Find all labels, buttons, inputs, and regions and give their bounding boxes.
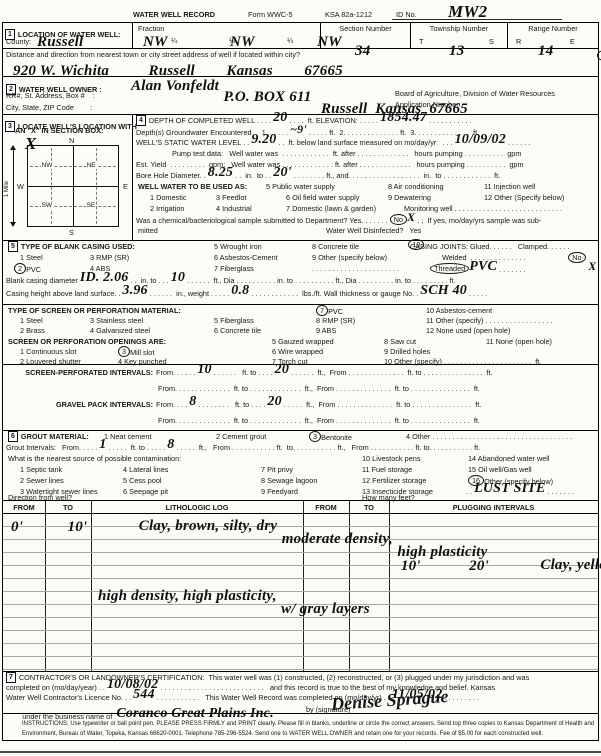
interval-rest: . . . . . . ft., From . . . . . . . . . … [289, 368, 493, 377]
licence-no-label: Water Well Contractor's Licence No. . . [6, 693, 133, 702]
screen-option: 6 Concrete tile [214, 326, 261, 335]
bentonite-label: Bentonite [321, 433, 352, 442]
form-title: WATER WELL RECORD [133, 10, 215, 19]
table-ruled-row [3, 579, 598, 592]
section-6-grout: 6GROUT MATERIAL: 1 Neat cement 2 Cement … [3, 431, 598, 501]
casing-option: 8 Concrete tile [312, 242, 359, 251]
quarter-1: ¼ [171, 36, 177, 45]
compass-n: N [69, 136, 74, 145]
threaded-value-handwritten: PVC [469, 263, 497, 271]
log-entry-1-to: 10' [68, 523, 88, 531]
disinfected-label: Water Well Disinfected? Yes [326, 226, 421, 235]
contamination-option: 7 Pit privy [261, 465, 293, 474]
instructions-line-2: Environment, Bureau of Water, Topeka, Ka… [6, 728, 596, 739]
gravel-to-handwritten: 20 [267, 398, 281, 406]
grout-title-row: 6GROUT MATERIAL: 1 Neat cement 2 Cement … [6, 432, 596, 443]
casing-option: 5 Wrought iron [214, 242, 262, 251]
chem-sample-question: Was a chemical/bacteriological sample su… [136, 216, 390, 225]
bore-mid: . . in. to . . [233, 171, 273, 180]
completed-on-label: completed on (mo/day/year) . . [6, 683, 107, 692]
use-option: 8 Air conditioning [388, 182, 444, 191]
table-ruled-row [3, 566, 598, 579]
interval-blank: From. . . . . . . . . . . . . . ft. to .… [158, 416, 480, 425]
compass-w: W [17, 182, 24, 191]
log-entry-1-desc-line-1: Clay, brown, silty, dry [139, 522, 278, 530]
contamination-option: 12 Fertilizer storage [362, 476, 426, 485]
one-mile-label: 1 Mile [4, 181, 10, 197]
screen-option: 2 Brass [20, 326, 45, 335]
table-ruled-row [3, 553, 598, 566]
interval-to: . . . . . . . . ft. to . . . . [196, 400, 267, 409]
casing-row-1: 1 Steel 3 RMP (SR) 6 Asbestos-Cement 9 O… [6, 253, 596, 264]
compass-e: E [123, 182, 128, 191]
section-6-title: GROUT MATERIAL: [21, 432, 89, 441]
county-value-handwritten: Russell [37, 38, 83, 46]
col-header-lithologic-log: LITHOLOGIC LOG [91, 503, 303, 512]
section-7-certification: 7CONTRACTOR'S OR LANDOWNER'S CERTIFICATI… [3, 672, 598, 714]
owner-address-label: RR#, St. Address, Box # : [6, 91, 95, 100]
section-5-number: 5 [8, 241, 18, 252]
log-entry-2-from: 10' [401, 562, 421, 570]
swl-trailing-dots: . . . . . . [506, 138, 530, 147]
section-2-owner: 2WATER WELL OWNER : Alan Vonfeldt RR#, S… [3, 77, 598, 115]
pvc-circled-number: 2 [14, 263, 26, 274]
quadrant-sw-label: SW [41, 202, 53, 209]
screen-to-handwritten: 20 [275, 366, 289, 374]
contamination-option: 1 Septic tank [20, 465, 62, 474]
casing-height-label: Casing height above land surface. . [6, 289, 122, 298]
casing-option: 7 Fiberglass [214, 264, 254, 273]
gauge-dots: . . . . . [467, 289, 487, 298]
table-ruled-row [3, 618, 598, 631]
use-option: 7 Domestic (lawn & garden) [286, 204, 376, 213]
application-number-label: Application Number: [395, 100, 461, 109]
arrow-down [10, 222, 16, 227]
grout-option: 2 Cement grout [216, 432, 266, 441]
compass-s: S [69, 228, 74, 237]
col-header-to-2: TO [349, 503, 389, 512]
screen-option: 10 Asbestos-cement [426, 306, 492, 315]
chem-mitted: mitted [138, 226, 158, 235]
threaded-dots: . . . . . . . [497, 265, 525, 274]
use-row-2: 2 Irrigation 4 Industrial 7 Domestic (la… [136, 204, 596, 215]
casing-joints-label: CASING JOINTS: Glued. . . . . . Clamped.… [410, 242, 569, 251]
col-header-to: TO [45, 503, 91, 512]
screen-pvc-label: PVC [328, 307, 343, 316]
opening-option: 5 Gauzed wrapped [272, 337, 334, 346]
arrow-bar [13, 150, 14, 222]
contamination-option: 15 Oil well/Gas well [468, 465, 532, 474]
section-number-cell: Section Number 34 [321, 23, 411, 48]
grout-rest: . . . . . ft., From . . . . . . . . . . … [175, 443, 481, 452]
screen-option: 3 Stainless steel [90, 316, 143, 325]
use-option: 6 Oil field water supply [286, 193, 359, 202]
screen-intervals-label: SCREEN-PERFORATED INTERVALS: [6, 368, 156, 377]
bore-hole-label: Bore Hole Diameter. . [136, 171, 208, 180]
static-water-level-line: WELL'S STATIC WATER LEVEL . . 9.20 . . f… [136, 138, 596, 149]
opening-option: 9 Drilled holes [384, 347, 430, 356]
quadrant-nw-label: NW [41, 162, 54, 169]
range-r: R [516, 37, 521, 46]
screen-option: 8 RMP (SR) [316, 316, 355, 325]
interval-from: From. . . . . . [156, 368, 197, 377]
mill-slot-circled-number: 3 [118, 346, 130, 357]
screen-option: 1 Steel [20, 316, 43, 325]
casing-option: 3 RMP (SR) [90, 253, 129, 262]
dashed-line [51, 148, 52, 224]
section-6-number: 6 [8, 431, 18, 442]
use-option: 5 Public water supply [266, 182, 335, 191]
chem-no-circled: No [390, 214, 407, 225]
use-option: 11 Injection well [484, 182, 535, 191]
est-yield-line: Est. Yield . . . . . . . . . gpm: Well w… [136, 160, 596, 171]
gravel-from-handwritten: 8 [189, 398, 196, 406]
log-entry-2-desc-line-3: w/ gray layers [281, 605, 370, 613]
quadrant-ne-label: NE [86, 162, 97, 169]
contamination-option: 10 Livestock pens [362, 454, 420, 463]
contamination-option: 5 Cess pool [123, 476, 162, 485]
log-entry-2-to: 20' [469, 562, 489, 570]
chem-x-handwritten: X [407, 213, 415, 221]
form-number: Form WWC-5 [248, 10, 293, 19]
interval-blank: From. . . . . . . . . . . . . . ft. to .… [158, 384, 480, 393]
township-cell: Township Number T 13 S [411, 23, 508, 48]
use-title: WELL WATER TO BE USED AS: [138, 182, 247, 191]
screen-option: 4 Galvanized steel [90, 326, 150, 335]
contamination-option: 4 Lateral lines [123, 465, 168, 474]
address-row: Distance and direction from nearest town… [3, 49, 598, 77]
quadrant-se-label: SE [86, 202, 97, 209]
form-header: WATER WELL RECORD Form WWC-5 KSA 82a-121… [0, 0, 601, 22]
section-4-well-data: 4DEPTH OF COMPLETED WELL . . . . 20 . . … [133, 115, 598, 240]
swl-date-handwritten: 10/09/02 [455, 136, 506, 144]
swl-measured-label: . . ft. below land surface measured on m… [277, 138, 455, 147]
casing-diameter-label: Blank casing diameter [6, 276, 80, 285]
scan-edge-line [0, 751, 601, 753]
section-5-title: TYPE OF BLANK CASING USED: [21, 242, 135, 251]
township-s: S [489, 37, 494, 46]
chem-sample-line: Was a chemical/bacteriological sample su… [136, 215, 596, 226]
casing-option: 6 Asbestos-Cement [214, 253, 278, 262]
county-label: County: [6, 37, 31, 46]
threaded-selected: ThreadedPVC . . . . . . . [430, 264, 525, 275]
section-3-4-row: 3LOCATE WELL'S LOCATION WITH AN "X" IN S… [3, 115, 598, 241]
section-box-diagram: NW NE SW SE X [27, 145, 119, 227]
screen-option: 12 None used (open hole) [426, 326, 510, 335]
contamination-question-row: What is the nearest source of possible c… [6, 454, 596, 465]
est-yield-label: Est. Yield . . . . . . . . . gpm: Well w… [136, 160, 524, 169]
casing-other-dots: . . . . . . . . . . . . . . . . . . . . … [312, 264, 399, 273]
casing-id-handwritten: ID. 2.06 [80, 274, 129, 282]
contamination-option: 2 Sewer lines [20, 476, 64, 485]
log-entry-1-desc-line-3: high plasticity [397, 548, 487, 556]
form-body: 1LOCATION OF WATER WELL: County: Russell… [2, 22, 599, 741]
casing-diameter-line: Blank casing diameter ID. 2.06 . . in. t… [6, 276, 596, 287]
section-4-number: 4 [136, 115, 146, 126]
owner-name-handwritten: Alan Vonfeldt [131, 82, 219, 90]
depth-trailing-dots: . . . . . . . . . . . [427, 116, 472, 125]
depth-value-handwritten: 20 [273, 114, 287, 122]
contamination-question: What is the nearest source of possible c… [8, 454, 181, 463]
weight-label: . . . . . . in., weight . . . . . [148, 289, 232, 298]
well-id-handwritten: MW2 [448, 8, 487, 16]
table-ruled-row [3, 657, 598, 670]
section-1-location: 1LOCATION OF WATER WELL: County: Russell… [3, 23, 598, 49]
opening-option: 8 Saw cut [384, 337, 416, 346]
quarter-3: ¼ [287, 36, 293, 45]
lithologic-log-table: FROM TO LITHOLOGIC LOG FROM TO PLUGGING … [3, 501, 598, 672]
screen-option: 9 ABS [316, 326, 336, 335]
address-handwritten: 920 W. Wichita Russell Kansas 67665 [13, 67, 343, 75]
threaded-circled: Threaded [430, 263, 469, 274]
pump-test-label: Pump test data: Well water was . . . . .… [172, 149, 521, 158]
use-title-row: WELL WATER TO BE USED AS: 5 Public water… [136, 182, 596, 193]
section-number-label: Section Number [321, 23, 410, 33]
opening-option: 6 Wire wrapped [272, 347, 323, 356]
pvc-selected: 2PVC [14, 264, 41, 275]
fraction-label: Fraction [138, 24, 164, 33]
fraction-nw1-handwritten: NW [143, 38, 168, 46]
owner-address-handwritten: P.O. BOX 611 [224, 93, 312, 101]
gauge-label: . . . . . . . . . . . . lbs./ft. Wall th… [249, 289, 420, 298]
screen-interval-line-2: From. . . . . . . . . . . . . . ft. to .… [6, 384, 596, 395]
section-3-number: 3 [5, 121, 15, 132]
swl-label: WELL'S STATIC WATER LEVEL . . [136, 138, 251, 147]
contamination-option: 11 Fuel storage [362, 465, 412, 474]
table-ruled-row [3, 514, 598, 527]
grout-intervals-label: Grout Intervals: From. . . . . [6, 443, 99, 452]
section-box-horizontal-line [28, 186, 118, 187]
bentonite-selected: 3Bentonite [309, 432, 352, 443]
grout-option: 4 Other . . . . . . . . . . . . . . . . … [406, 432, 572, 441]
interval-rest: . . . . . ft., From . . . . . . . . . . … [282, 400, 482, 409]
use-option: 3 Feedlot [216, 193, 246, 202]
log-entry-2-desc-line-2: high density, high plasticity, [98, 592, 277, 600]
pvc-label: PVC [26, 265, 41, 274]
distance-question: Distance and direction from nearest town… [6, 50, 300, 59]
col-header-from: FROM [3, 503, 45, 512]
swl-value-handwritten: 9.20 [251, 136, 276, 144]
opening-option: 11 None (open hole) [486, 337, 552, 346]
gravel-intervals-label: GRAVEL PACK INTERVALS: [6, 400, 156, 409]
contamination-option: 14 Abandoned water well [468, 454, 550, 463]
pump-test-line: Pump test data: Well water was . . . . .… [136, 149, 596, 160]
gauge-handwritten: SCH 40 [420, 287, 467, 295]
section-5-heading: 5TYPE OF BLANK CASING USED: [8, 242, 135, 253]
log-entry-2-desc-line-1: Clay, yellow, silty, dry [540, 561, 601, 569]
certification-line-4: under the business name of Coranco Great… [6, 703, 596, 714]
use-option: 2 Irrigation [150, 204, 184, 213]
grout-intervals-line: Grout Intervals: From. . . . . 1 . . . .… [6, 443, 596, 454]
bore-diameter-handwritten: 8.25 [208, 169, 233, 177]
dashed-line [96, 148, 97, 224]
section-5-casing: 5TYPE OF BLANK CASING USED: 5 Wrought ir… [3, 241, 598, 305]
screen-material-section: TYPE OF SCREEN OR PERFORATION MATERIAL: … [3, 305, 598, 365]
instructions-footer: INSTRUCTIONS: Use typewriter or ball poi… [3, 714, 598, 742]
range-label: Range Number [508, 23, 598, 33]
opening-option: 1 Continuous slot [20, 347, 76, 356]
chem-sample-rest: . ; If yes, mo/day/yrs sample was sub- [415, 216, 541, 225]
casing-height-handwritten: 3.96 [122, 287, 147, 295]
disinfected-line: mitted Water Well Disinfected? Yes No X [136, 226, 596, 237]
table-ruled-row [3, 644, 598, 657]
screen-title: TYPE OF SCREEN OR PERFORATION MATERIAL: [8, 306, 181, 315]
section-3-locate: 3LOCATE WELL'S LOCATION WITH AN "X" IN S… [3, 115, 133, 240]
gravel-interval-line-2: From. . . . . . . . . . . . . . ft. to .… [6, 416, 596, 427]
screen-interval-line-1: SCREEN-PERFORATED INTERVALS:From. . . . … [6, 368, 596, 379]
gravel-interval-line-1: GRAVEL PACK INTERVALS:From. . . . 8 . . … [6, 400, 596, 411]
id-number-line [392, 19, 562, 20]
casing-option: 9 Other (specify below) [312, 253, 387, 262]
log-entry-1-desc-line-2: moderate density, [282, 535, 393, 543]
well-x-mark-handwritten: X [25, 140, 37, 148]
depth-label: DEPTH OF COMPLETED WELL . . . . [149, 116, 273, 125]
use-row-1: 1 Domestic 3 Feedlot 6 Oil field water s… [136, 193, 596, 204]
section-7-number: 7 [6, 672, 16, 683]
bore-hole-line: Bore Hole Diameter. . 8.25 . . in. to . … [136, 171, 596, 182]
township-label: Township Number [411, 23, 507, 33]
table-header-row: FROM TO LITHOLOGIC LOG FROM TO PLUGGING … [3, 501, 598, 514]
section-6-heading: 6GROUT MATERIAL: [8, 432, 89, 443]
weight-handwritten: 0.8 [231, 287, 249, 295]
mill-slot-label: Mill slot [130, 348, 154, 357]
grout-from-handwritten: 1 [99, 441, 106, 449]
grout-mid: . . . . . ft. to . . . . . [106, 443, 167, 452]
screen-pvc-circled-number: 7 [316, 305, 328, 316]
elevation-value-handwritten: 1854.47 [380, 114, 427, 122]
interval-to: . . . . . . ft. to . . . . [212, 368, 275, 377]
use-option: 1 Domestic [150, 193, 187, 202]
casing-height-line: Casing height above land surface. . 3.96… [6, 289, 596, 300]
screen-option: 5 Fiberglass [214, 316, 254, 325]
screen-option: 11 Other (specify) . . . . . . . . . . .… [426, 316, 552, 325]
contamination-option: 8 Sewage lagoon [261, 476, 317, 485]
screen-row-2: 2 Brass 4 Galvanized steel 6 Concrete ti… [6, 326, 596, 337]
groundwater-line: Depth(s) Groundwater Encountered 1. . . … [136, 127, 596, 138]
grout-to-handwritten: 8 [167, 441, 174, 449]
instructions-text-1: INSTRUCTIONS: Use typewriter or ball poi… [22, 721, 594, 727]
table-ruled-row [3, 631, 598, 644]
licence-no-handwritten: 544 [133, 691, 155, 699]
county-cell: 1LOCATION OF WATER WELL: County: Russell [3, 23, 133, 48]
interval-from: From. . . . [156, 400, 189, 409]
bore-rest: . . . . . . . . ft., and. . . . . . . . … [292, 171, 500, 180]
col-header-from-2: FROM [303, 503, 349, 512]
openings-title: SCREEN OR PERFORATION OPENINGS ARE: [8, 337, 166, 346]
range-e: E [570, 37, 575, 46]
intervals-section: SCREEN-PERFORATED INTERVALS:From. . . . … [3, 365, 598, 431]
casing-option: 1 Steel [20, 253, 43, 262]
township-t: T [419, 37, 423, 46]
casing-depth-handwritten: 10 [171, 274, 185, 282]
screen-from-handwritten: 10 [197, 366, 211, 374]
certification-text-1: CONTRACTOR'S OR LANDOWNER'S CERTIFICATIO… [19, 673, 529, 682]
bentonite-circled-number: 3 [309, 431, 321, 442]
fraction-cell: Fraction NW ¼ NW ¼ NW ¼ [133, 23, 321, 48]
use-option: 4 Industrial [216, 204, 252, 213]
one-mile-arrow: 1 Mile [10, 145, 16, 227]
ksa-statute: KSA 82a-1212 [325, 10, 372, 19]
range-cell: Range Number R 14 E W [508, 23, 598, 48]
quarter-2: ¼ [229, 36, 235, 45]
board-of-agriculture-text: Board of Agriculture, Division of Water … [395, 89, 555, 98]
monitoring-well-label: Monitoring well . . . . . . . . . . . . … [404, 204, 562, 213]
instructions-text-2: Environment, Bureau of Water, Topeka, Ka… [22, 731, 543, 737]
casing-title-row: 5TYPE OF BLANK CASING USED: 5 Wrought ir… [6, 242, 596, 253]
use-option: 12 Other (Specify below) [484, 193, 564, 202]
water-well-record-form: WATER WELL RECORD Form WWC-5 KSA 82a-121… [0, 0, 601, 756]
col-header-plugging-intervals: PLUGGING INTERVALS [389, 503, 598, 512]
use-option: 9 Dewatering [388, 193, 431, 202]
depth-line: 4DEPTH OF COMPLETED WELL . . . . 20 . . … [136, 116, 596, 127]
id-number-label: ID No. [396, 10, 417, 19]
owner-city-label: City, State, ZIP Code : [6, 103, 92, 112]
groundwater-depth-handwritten: ~9' [290, 125, 307, 133]
groundwater-rest: . . . . . ft. 2. . . . . . . . . . . . .… [307, 128, 479, 137]
casing-diameter-rest: . . . . . . ft., Dia . . . . . . . . . .… [185, 276, 455, 285]
log-entry-1-from: 0' [11, 523, 23, 531]
grout-option: 1 Neat cement [104, 432, 151, 441]
contamination-row-1: 1 Septic tank 4 Lateral lines 7 Pit priv… [6, 465, 596, 476]
bore-depth-handwritten: 20' [273, 169, 292, 177]
